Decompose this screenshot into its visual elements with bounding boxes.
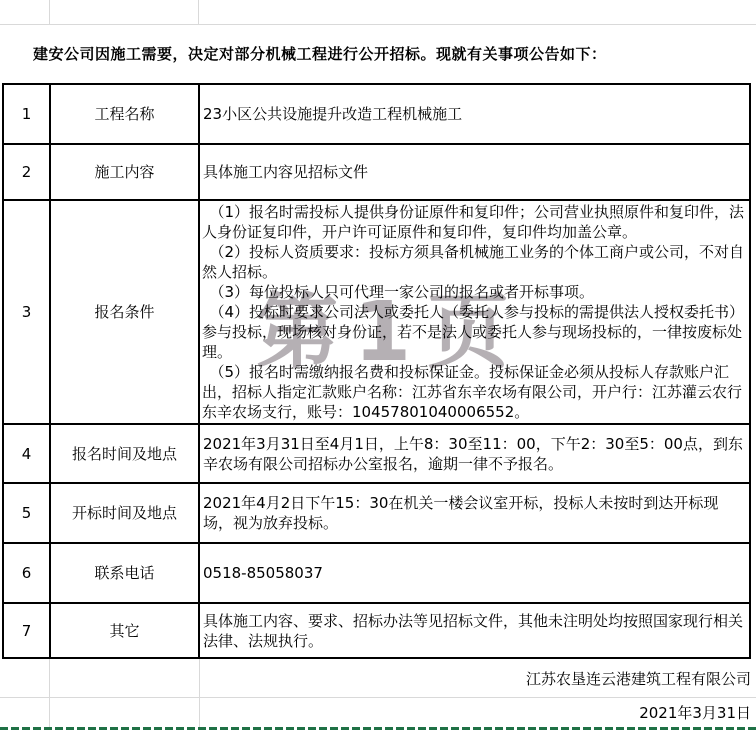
row-number-cell[interactable]: 3	[3, 200, 50, 424]
condition-item: （3）每位投标人只可代理一家公司的报名或者开标事项。	[202, 282, 746, 302]
page-break-dashed-line	[0, 727, 756, 730]
table-row-contact-phone: 6 联系电话 0518-85058037	[3, 543, 750, 603]
row-number-cell[interactable]: 7	[3, 603, 50, 658]
row-label-cell[interactable]: 其它	[50, 603, 199, 658]
row-number-cell[interactable]: 1	[3, 84, 50, 144]
condition-item: （5）报名时需缴纳报名费和投标保证金。投标保证金必须从投标人存款账户汇出，招标人…	[202, 362, 746, 422]
gridline-vertical-top-1	[49, 0, 50, 24]
table-row-other: 7 其它 具体施工内容、要求、招标办法等见招标文件，其他未注明处均按照国家现行相…	[3, 603, 750, 658]
condition-item: （4）投标时要求公司法人或委托人（委托人参与投标的需提供法人授权委托书）参与投标…	[202, 302, 746, 362]
table-row-construction-content: 2 施工内容 具体施工内容见招标文件	[3, 144, 750, 200]
row-content-cell[interactable]: 具体施工内容、要求、招标办法等见招标文件，其他未注明处均按照国家现行相关法律、法…	[199, 603, 750, 658]
row-content-cell[interactable]: 23小区公共设施提升改造工程机械施工	[199, 84, 750, 144]
row-content-cell[interactable]: 2021年4月2日下午15：30在机关一楼会议室开标，投标人未按时到达开标现场，…	[199, 483, 750, 543]
announcement-table: 1 工程名称 23小区公共设施提升改造工程机械施工 2 施工内容 具体施工内容见…	[2, 83, 751, 659]
table-row-registration-conditions: 3 报名条件 （1）报名时需投标人提供身份证原件和复印件；公司营业执照原件和复印…	[3, 200, 750, 424]
row-label-cell[interactable]: 联系电话	[50, 543, 199, 603]
row-label-cell[interactable]: 开标时间及地点	[50, 483, 199, 543]
footer-company-name: 江苏农垦连云港建筑工程有限公司	[0, 659, 753, 697]
row-number-cell[interactable]: 6	[3, 543, 50, 603]
condition-item: （1）报名时需投标人提供身份证原件和复印件；公司营业执照原件和复印件，法人身份证…	[202, 202, 746, 242]
row-number-cell[interactable]: 4	[3, 424, 50, 483]
table-row-registration-time-place: 4 报名时间及地点 2021年3月31日至4月1日，上午8：30至11：00，下…	[3, 424, 750, 483]
row-label-cell[interactable]: 施工内容	[50, 144, 199, 200]
table-row-bid-opening-time-place: 5 开标时间及地点 2021年4月2日下午15：30在机关一楼会议室开标，投标人…	[3, 483, 750, 543]
row-label-cell[interactable]: 工程名称	[50, 84, 199, 144]
table-row-project-name: 1 工程名称 23小区公共设施提升改造工程机械施工	[3, 84, 750, 144]
page-title: 建安公司因施工需要，决定对部分机械工程进行公开招标。现就有关事项公告如下：	[0, 24, 756, 83]
row-label-cell[interactable]: 报名时间及地点	[50, 424, 199, 483]
row-number-cell[interactable]: 5	[3, 483, 50, 543]
condition-item: （2）投标人资质要求：投标方须具备机械施工业务的个体工商户或公司，不对自然人招标…	[202, 242, 746, 282]
row-content-cell[interactable]: 具体施工内容见招标文件	[199, 144, 750, 200]
gridline-vertical-top-2	[198, 0, 199, 24]
row-content-cell[interactable]: 2021年3月31日至4月1日，上午8：30至11：00，下午2：30至5：00…	[199, 424, 750, 483]
row-content-cell[interactable]: （1）报名时需投标人提供身份证原件和复印件；公司营业执照原件和复印件，法人身份证…	[199, 200, 750, 424]
row-content-cell[interactable]: 0518-85058037	[199, 543, 750, 603]
row-number-cell[interactable]: 2	[3, 144, 50, 200]
footer-date: 2021年3月31日	[0, 697, 753, 727]
row-label-cell[interactable]: 报名条件	[50, 200, 199, 424]
